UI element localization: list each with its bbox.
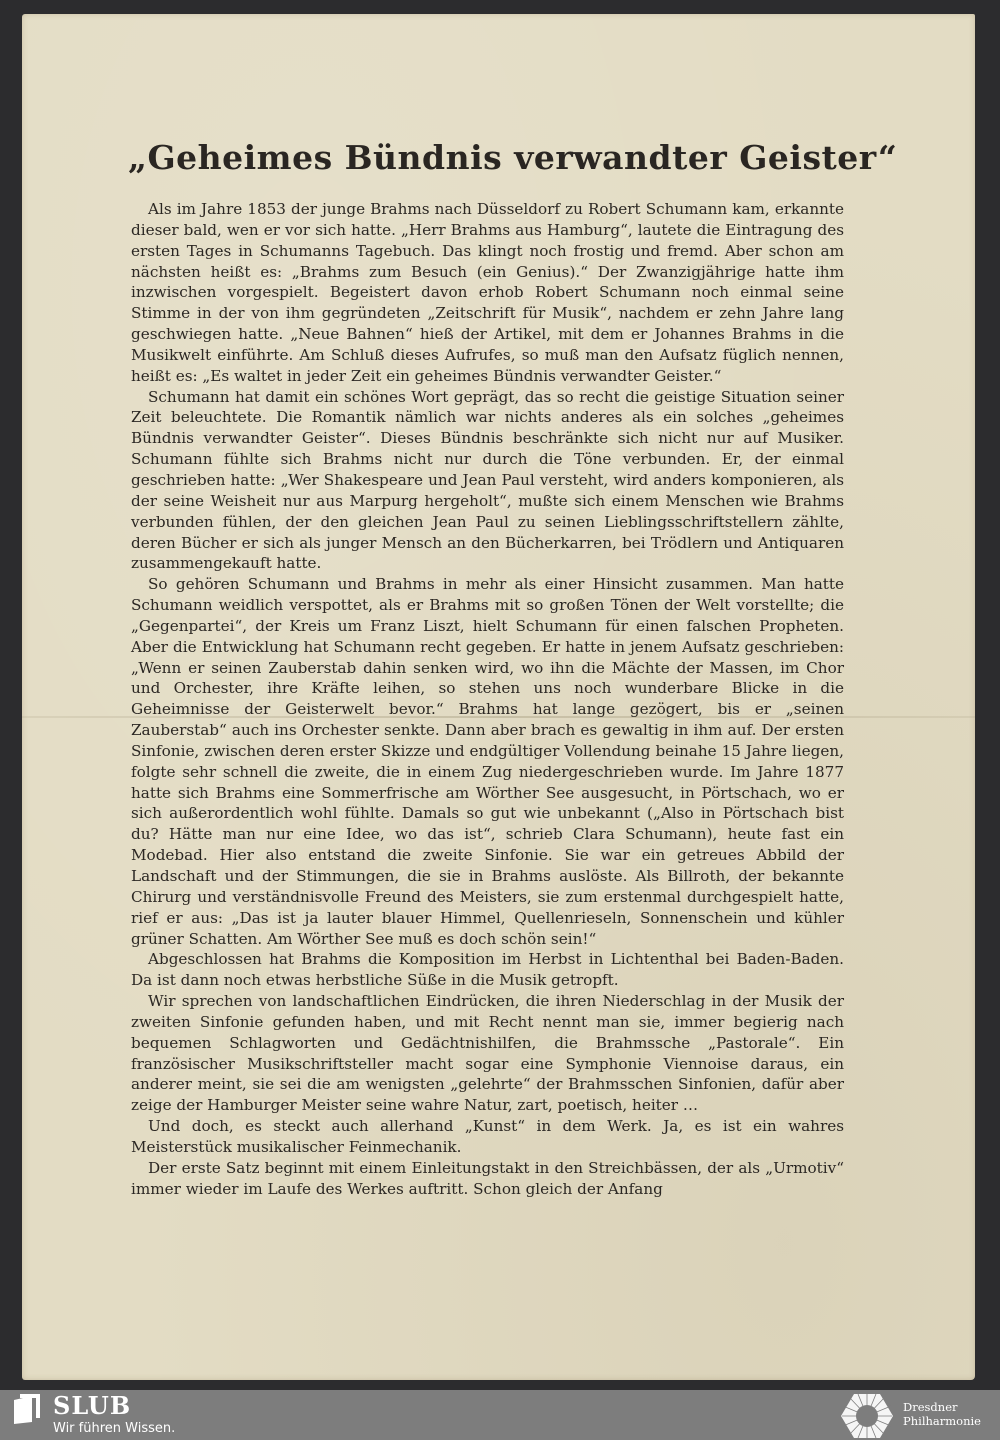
dresdner-philharmonie-sun-logo-icon[interactable] bbox=[840, 1392, 894, 1440]
slub-book-logo-icon[interactable] bbox=[14, 1394, 40, 1424]
dp-name-line2: Philharmonie bbox=[903, 1414, 981, 1428]
dresdner-philharmonie-name[interactable]: Dresdner Philharmonie bbox=[903, 1400, 981, 1428]
paragraph-6: Und doch, es steckt auch allerhand „Kuns… bbox=[131, 1116, 844, 1158]
footer-bar: SLUB Wir führen Wissen. Dresdner Philhar… bbox=[0, 1390, 1000, 1440]
document-body: Als im Jahre 1853 der junge Brahms nach … bbox=[131, 199, 844, 1200]
document-title: „Geheimes Bündnis verwandter Geister“ bbox=[128, 138, 868, 177]
paragraph-4: Abgeschlossen hat Brahms die Komposition… bbox=[131, 949, 844, 991]
paragraph-2: Schumann hat damit ein schönes Wort gepr… bbox=[131, 387, 844, 575]
paragraph-7: Der erste Satz beginnt mit einem Einleit… bbox=[131, 1158, 844, 1200]
paragraph-1: Als im Jahre 1853 der junge Brahms nach … bbox=[131, 199, 844, 387]
paragraph-3: So gehören Schumann und Brahms in mehr a… bbox=[131, 574, 844, 949]
slub-tagline: Wir führen Wissen. bbox=[53, 1421, 175, 1436]
slub-name[interactable]: SLUB bbox=[53, 1391, 131, 1420]
dp-name-line1: Dresdner bbox=[903, 1400, 981, 1414]
paragraph-5: Wir sprechen von landschaftlichen Eindrü… bbox=[131, 991, 844, 1116]
